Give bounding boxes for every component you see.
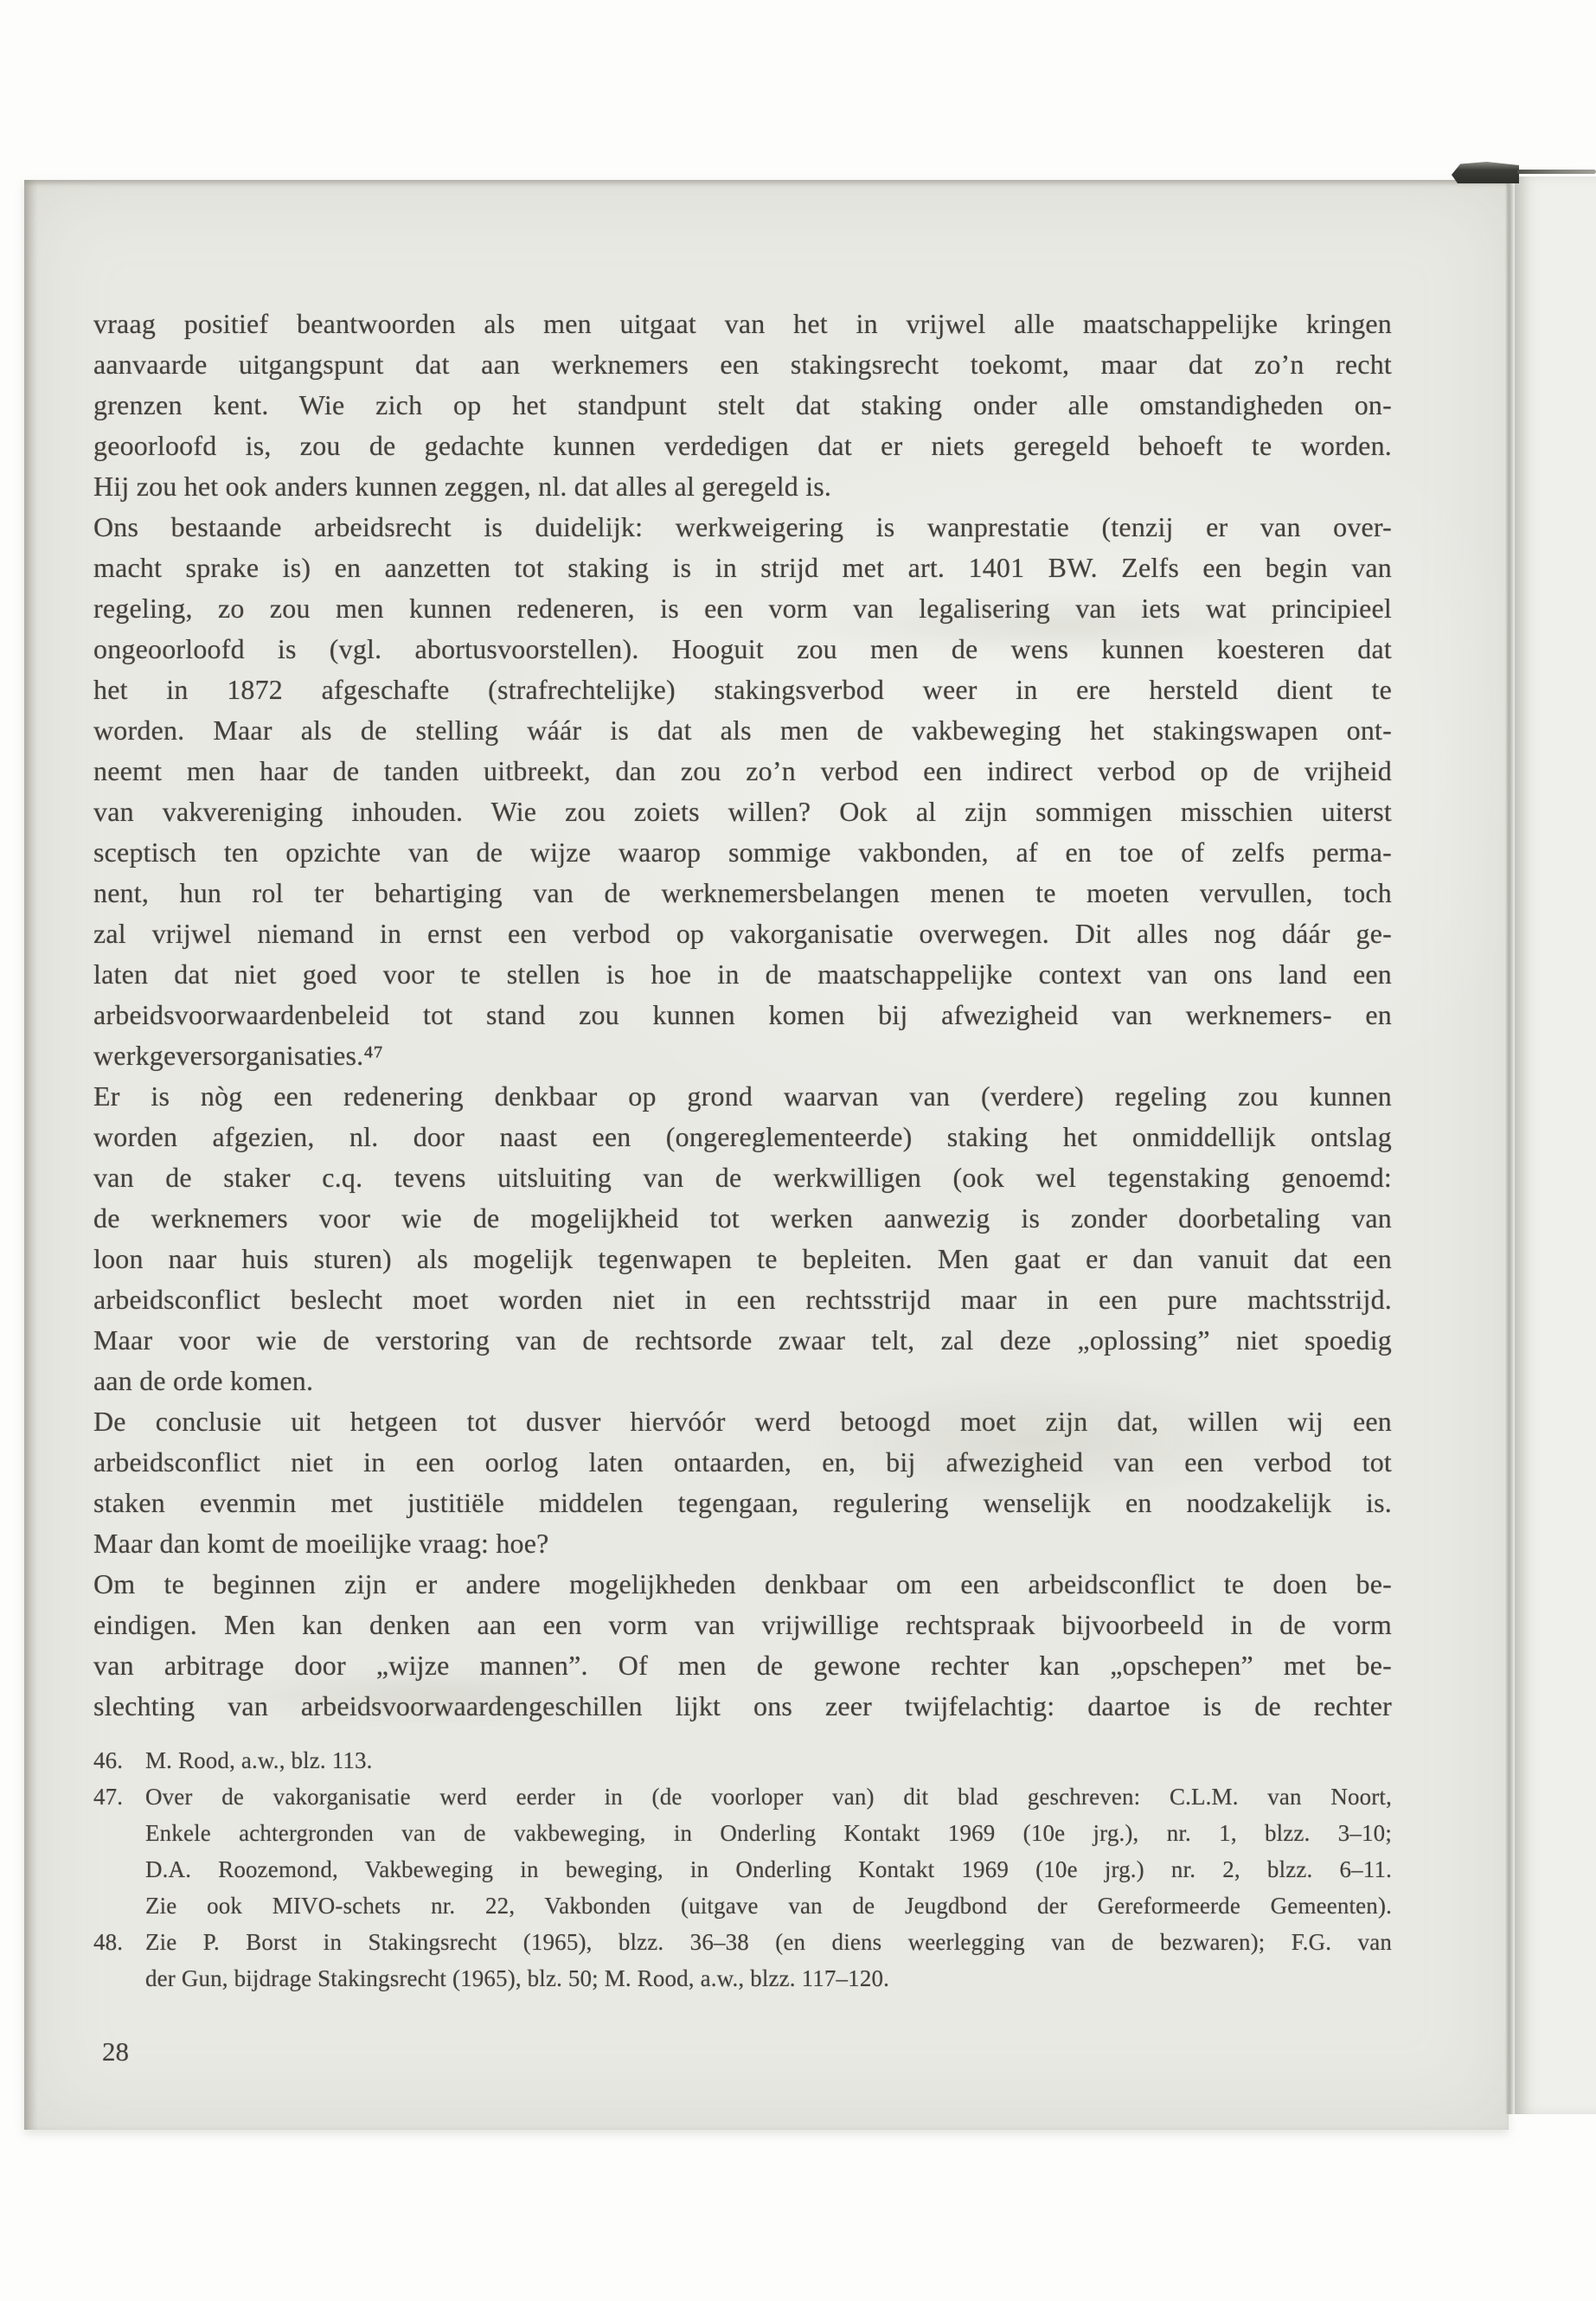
footnote-number: 47. [93,1779,145,1924]
scanned-page-photo: vraag positief beantwoorden als men uitg… [0,0,1596,2301]
footnote-line: D.A. Roozemond, Vakbeweging in beweging,… [145,1851,1392,1888]
body-text-line: ongeoorloofd is (vgl. abortusvoorstellen… [93,629,1392,670]
body-text-line: sceptisch ten opzichte van de wijze waar… [93,832,1392,873]
body-text-line: neemt men haar de tanden uitbreekt, dan … [93,751,1392,792]
body-text-line: De conclusie uit hetgeen tot dusver hier… [93,1401,1392,1442]
body-text-line: van de staker c.q. tevens uitsluiting va… [93,1157,1392,1198]
body-text-line: Ons bestaande arbeidsrecht is duidelijk:… [93,507,1392,548]
body-text-line: macht sprake is) en aanzetten tot stakin… [93,548,1392,588]
footnote-line: Zie P. Borst in Stakingsrecht (1965), bl… [145,1924,1392,1960]
body-text-line: arbeidsconflict beslecht moet worden nie… [93,1279,1392,1320]
body-text-line: grenzen kent. Wie zich op het standpunt … [93,385,1392,426]
body-text-line: werkgeversorganisaties.⁴⁷ [93,1035,1392,1076]
paragraph: Ons bestaande arbeidsrecht is duidelijk:… [93,507,1392,1076]
body-text-line: loon naar huis sturen) als mogelijk tege… [93,1239,1392,1279]
footnote-text: Over de vakorganisatie werd eerder in (d… [145,1779,1392,1924]
body-text-line: Hij zou het ook anders kunnen zeggen, nl… [93,466,1392,507]
footnote-text: M. Rood, a.w., blz. 113. [145,1742,1392,1779]
footnote-line: Enkele achtergronden van de vakbeweging,… [145,1815,1392,1851]
body-text-line: arbeidsvoorwaardenbeleid tot stand zou k… [93,995,1392,1035]
body-text: vraag positief beantwoorden als men uitg… [93,304,1392,1727]
page-number: 28 [102,2035,129,2069]
footnote-line: der Gun, bijdrage Stakingsrecht (1965), … [145,1960,1392,1997]
footnote-line: Zie ook MIVO-schets nr. 22, Vakbonden (u… [145,1888,1392,1924]
body-text-line: Om te beginnen zijn er andere mogelijkhe… [93,1564,1392,1605]
body-text-line: de werknemers voor wie de mogelijkheid t… [93,1198,1392,1239]
page-top-edge-line [1517,170,1596,174]
body-text-line: zal vrijwel niemand in ernst een verbod … [93,913,1392,954]
body-text-line: eindigen. Men kan denken aan een vorm va… [93,1605,1392,1645]
footnote: 47.Over de vakorganisatie werd eerder in… [93,1779,1392,1924]
paragraph: Er is nòg een redenering denkbaar op gro… [93,1076,1392,1401]
body-text-line: arbeidsconflict niet in een oorlog laten… [93,1442,1392,1483]
footnote-text: Zie P. Borst in Stakingsrecht (1965), bl… [145,1924,1392,1997]
body-text-line: aan de orde komen. [93,1361,1392,1401]
page-seam [1505,178,1515,2114]
footnote-line: Over de vakorganisatie werd eerder in (d… [145,1779,1392,1815]
binder-clip [1452,162,1519,183]
body-text-line: van arbitrage door „wijze mannen”. Of me… [93,1645,1392,1686]
paragraph: vraag positief beantwoorden als men uitg… [93,304,1392,507]
paragraph: Om te beginnen zijn er andere mogelijkhe… [93,1564,1392,1727]
body-text-line: worden. Maar als de stelling wáár is dat… [93,710,1392,751]
body-text-line: slechting van arbeidsvoorwaardengeschill… [93,1686,1392,1727]
body-text-line: aanvaarde uitgangspunt dat aan werknemer… [93,344,1392,385]
body-text-line: laten dat niet goed voor te stellen is h… [93,954,1392,995]
paragraph: De conclusie uit hetgeen tot dusver hier… [93,1401,1392,1564]
body-text-line: vraag positief beantwoorden als men uitg… [93,304,1392,344]
page-edge-strip [1515,176,1596,2114]
footnote-number: 46. [93,1742,145,1779]
footnote: 46.M. Rood, a.w., blz. 113. [93,1742,1392,1779]
body-text-line: het in 1872 afgeschafte (strafrechtelijk… [93,670,1392,710]
body-text-line: staken evenmin met justitiële middelen t… [93,1483,1392,1523]
footnote-number: 48. [93,1924,145,1997]
footnote-line: M. Rood, a.w., blz. 113. [145,1742,1392,1779]
body-text-line: geoorloofd is, zou de gedachte kunnen ve… [93,426,1392,466]
footnotes: 46.M. Rood, a.w., blz. 113.47.Over de va… [93,1742,1392,1997]
body-text-line: Er is nòg een redenering denkbaar op gro… [93,1076,1392,1117]
body-text-line: Maar voor wie de verstoring van de recht… [93,1320,1392,1361]
body-text-line: Maar dan komt de moeilijke vraag: hoe? [93,1523,1392,1564]
footnote: 48.Zie P. Borst in Stakingsrecht (1965),… [93,1924,1392,1997]
body-text-line: worden afgezien, nl. door naast een (ong… [93,1117,1392,1157]
body-text-line: van vakvereniging inhouden. Wie zou zoie… [93,792,1392,832]
body-text-line: regeling, zo zou men kunnen redeneren, i… [93,588,1392,629]
body-text-line: nent, hun rol ter behartiging van de wer… [93,873,1392,913]
